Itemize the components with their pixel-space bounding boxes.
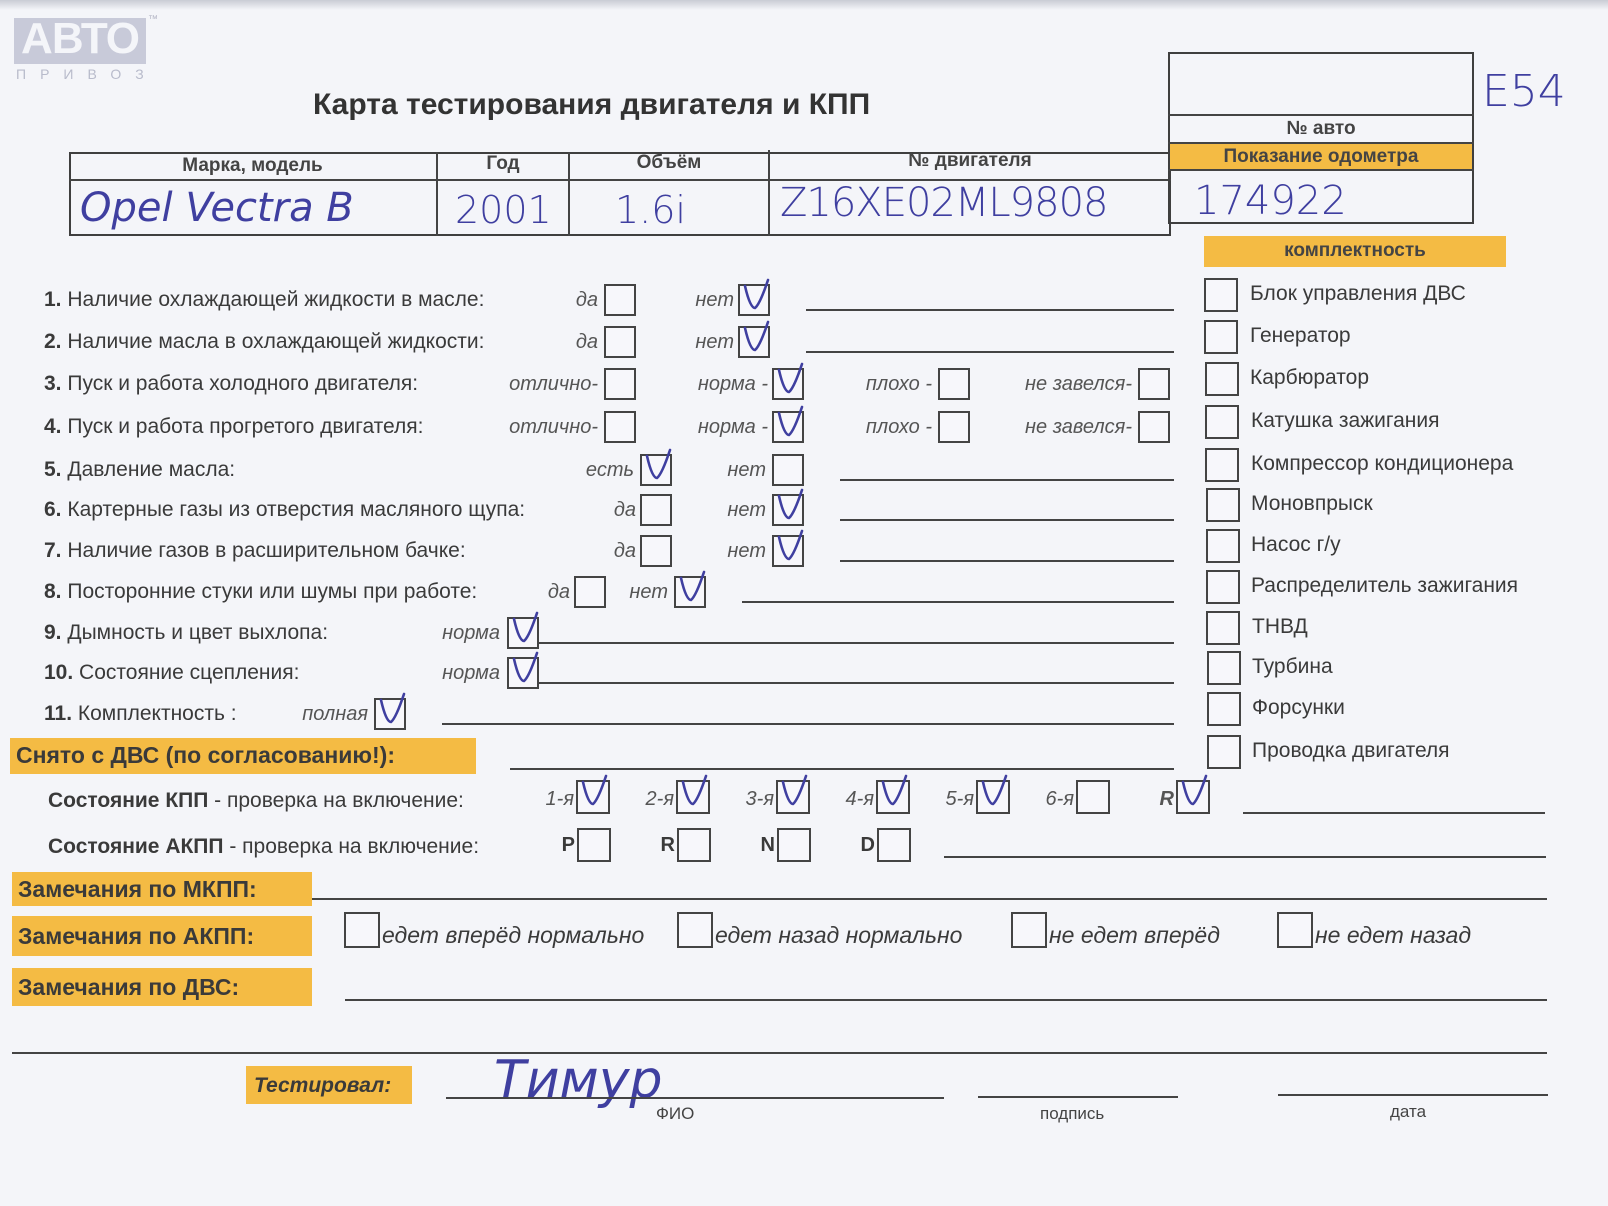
option-checkbox[interactable] <box>604 284 636 316</box>
check-item-number: 1. <box>44 288 62 311</box>
gear-label: P <box>562 834 575 857</box>
remarks-dvs-label: Замечания по ДВС: <box>12 968 312 1006</box>
checkmark-icon <box>680 774 708 810</box>
check-item-text: Наличие охлаждающей жидкости в масле: <box>62 288 485 311</box>
check-item-label: 4. Пуск и работа прогретого двигателя: <box>44 415 424 439</box>
checkmark-icon <box>378 692 406 728</box>
gear-label: 5-я <box>946 788 974 811</box>
check-item-text: Наличие газов в расширительном бачке: <box>62 539 466 562</box>
checkmark-icon <box>780 774 808 810</box>
comment-line[interactable] <box>538 642 1174 644</box>
option-checkbox[interactable] <box>1138 368 1170 400</box>
check-item-number: 10. <box>44 661 73 684</box>
option-label: полная <box>302 703 368 726</box>
check-item-label: 5. Давление масла: <box>44 458 235 482</box>
option-checkbox[interactable] <box>772 454 804 486</box>
checkmark-icon <box>742 278 770 314</box>
akpp-remark-label: не едет вперёд <box>1049 922 1220 949</box>
check-item-text: Дымность и цвет выхлопа: <box>62 621 329 644</box>
check-item-label: 6. Картерные газы из отверстия масляного… <box>44 498 525 522</box>
divider <box>1168 169 1474 171</box>
option-label: да <box>576 331 598 354</box>
kit-item-label: Генератор <box>1250 324 1351 348</box>
check-item-text: Давление масла: <box>62 458 236 481</box>
kit-checkbox[interactable] <box>1206 570 1240 604</box>
kit-item-label: ТНВД <box>1252 615 1308 639</box>
volume-field[interactable]: 1.6i <box>615 188 686 232</box>
kit-item-label: Блок управления ДВС <box>1250 282 1466 306</box>
checkmark-icon <box>580 774 608 810</box>
option-checkbox[interactable] <box>1138 411 1170 443</box>
akpp-remark-checkbox[interactable] <box>677 912 713 948</box>
kit-item-label: Компрессор кондиционера <box>1251 452 1513 476</box>
option-label: плохо - <box>866 373 932 396</box>
option-checkbox[interactable] <box>938 368 970 400</box>
check-item-label: 8. Посторонние стуки или шумы при работе… <box>44 580 477 604</box>
page-title: Карта тестирования двигателя и КПП <box>313 88 870 122</box>
gear-checkbox[interactable] <box>1076 780 1110 814</box>
remarks-dvs-line[interactable] <box>345 999 1547 1001</box>
option-checkbox[interactable] <box>640 535 672 567</box>
comment-line[interactable] <box>806 309 1174 311</box>
kit-checkbox[interactable] <box>1205 448 1239 482</box>
option-checkbox[interactable] <box>772 411 804 443</box>
check-item-text: Наличие масла в охлаждающей жидкости: <box>62 330 485 353</box>
date-line[interactable] <box>1278 1094 1548 1096</box>
akpp-remark-label: едет назад нормально <box>715 922 962 949</box>
checkmark-icon <box>980 774 1008 810</box>
signature-caption: подпись <box>1040 1104 1104 1124</box>
gear-checkbox[interactable] <box>777 828 811 862</box>
check-item-label: 9. Дымность и цвет выхлопа: <box>44 621 328 645</box>
option-checkbox[interactable] <box>604 368 636 400</box>
auto-gearbox-desc: - проверка на включение: <box>224 835 480 858</box>
check-item-number: 4. <box>44 415 62 438</box>
logo-tm: ™ <box>148 14 158 25</box>
tested-by-label: Тестировал: <box>254 1074 391 1098</box>
check-item-number: 6. <box>44 498 62 521</box>
header-car-no: № авто <box>1168 118 1474 140</box>
check-item-number: 9. <box>44 621 62 644</box>
checkmark-icon <box>776 405 804 441</box>
option-checkbox[interactable] <box>938 411 970 443</box>
option-label: плохо - <box>866 416 932 439</box>
kit-header: комплектность <box>1204 240 1506 262</box>
check-item-label: 11. Комплектность : <box>44 702 237 726</box>
akpp-remark-checkbox[interactable] <box>1277 912 1313 948</box>
akpp-remark-checkbox[interactable] <box>1011 912 1047 948</box>
remarks-extra-line[interactable] <box>12 1052 1547 1054</box>
signature-line[interactable] <box>978 1096 1178 1098</box>
check-item-number: 2. <box>44 330 62 353</box>
check-item-text: Посторонние стуки или шумы при работе: <box>62 580 478 603</box>
option-checkbox[interactable] <box>507 617 539 649</box>
option-checkbox[interactable] <box>640 494 672 526</box>
check-item-number: 3. <box>44 372 62 395</box>
kit-checkbox[interactable] <box>1207 692 1241 726</box>
kit-item-label: Карбюратор <box>1250 366 1369 390</box>
option-label: отлично- <box>509 416 598 439</box>
kit-item-label: Насос г/у <box>1251 533 1341 557</box>
page-edge-shadow <box>0 0 1608 10</box>
tester-name[interactable]: Тимур <box>494 1050 663 1110</box>
auto-gearbox-label: Состояние АКПП - проверка на включение: <box>48 835 479 859</box>
option-label: есть <box>586 459 634 482</box>
header-make-model: Марка, модель <box>69 155 436 177</box>
check-item-text: Состояние сцепления: <box>73 661 299 684</box>
check-item-label: 1. Наличие охлаждающей жидкости в масле: <box>44 288 484 312</box>
kit-checkbox[interactable] <box>1204 278 1238 312</box>
option-label: да <box>548 581 570 604</box>
akpp-remark-label: едет вперёд нормально <box>382 922 644 949</box>
removed-section-line[interactable] <box>510 768 1174 770</box>
kit-checkbox[interactable] <box>1207 735 1241 769</box>
check-item-number: 8. <box>44 580 62 603</box>
option-label: норма - <box>698 416 768 439</box>
gear-label: 3-я <box>746 788 774 811</box>
remarks-mkpp-label: Замечания по МКПП: <box>12 872 312 906</box>
check-item-label: 2. Наличие масла в охлаждающей жидкости: <box>44 330 484 354</box>
gear-label: 6-я <box>1046 788 1074 811</box>
option-label: нет <box>695 289 734 312</box>
akpp-remark-label: не едет назад <box>1315 922 1471 949</box>
gear-label: N <box>761 834 775 857</box>
option-label: норма <box>442 662 500 685</box>
checkmark-icon <box>776 488 804 524</box>
manual-gearbox-line[interactable] <box>1243 812 1545 814</box>
kit-checkbox[interactable] <box>1205 405 1239 439</box>
akpp-remark-checkbox[interactable] <box>344 912 380 948</box>
option-label: нет <box>629 581 668 604</box>
checkmark-icon <box>776 529 804 565</box>
gear-checkbox[interactable] <box>776 780 810 814</box>
logo-subtitle: ПРИВОЗ <box>16 66 158 82</box>
check-item-label: 7. Наличие газов в расширительном бачке: <box>44 539 466 563</box>
gear-label: R <box>661 834 675 857</box>
gear-checkbox[interactable] <box>577 828 611 862</box>
checkmark-icon <box>880 774 908 810</box>
option-label: норма <box>442 622 500 645</box>
gear-label: 1-я <box>546 788 574 811</box>
comment-line[interactable] <box>840 560 1174 562</box>
check-item-number: 7. <box>44 539 62 562</box>
manual-gearbox-label: Состояние КПП - проверка на включение: <box>48 789 464 813</box>
checkmark-icon <box>742 320 770 356</box>
corner-note: E54 <box>1482 66 1566 117</box>
comment-line[interactable] <box>806 351 1174 353</box>
option-label: нет <box>727 499 766 522</box>
option-label: норма - <box>698 373 768 396</box>
kit-item-label: Турбина <box>1252 655 1333 679</box>
name-line[interactable] <box>446 1097 944 1099</box>
option-checkbox[interactable] <box>738 326 770 358</box>
option-checkbox[interactable] <box>772 368 804 400</box>
gear-checkbox[interactable] <box>576 780 610 814</box>
check-item-text: Картерные газы из отверстия масляного щу… <box>62 498 526 521</box>
manual-gearbox-desc: - проверка на включение: <box>208 789 464 812</box>
year-field[interactable]: 2001 <box>455 188 552 232</box>
option-checkbox[interactable] <box>640 454 672 486</box>
option-checkbox[interactable] <box>604 326 636 358</box>
checkmark-icon <box>644 448 672 484</box>
comment-line[interactable] <box>840 479 1174 481</box>
option-label: да <box>576 289 598 312</box>
gear-checkbox[interactable] <box>877 828 911 862</box>
checkmark-icon <box>1180 774 1208 810</box>
check-item-text: Комплектность : <box>72 702 237 725</box>
checkmark-icon <box>776 362 804 398</box>
gear-label: D <box>861 834 875 857</box>
option-checkbox[interactable] <box>374 698 406 730</box>
kit-item-label: Катушка зажигания <box>1251 409 1439 433</box>
kit-item-label: Моновпрыск <box>1251 492 1373 516</box>
gear-label: 2-я <box>646 788 674 811</box>
checkmark-icon <box>511 611 539 647</box>
option-label: не завелся- <box>1025 373 1132 396</box>
kit-checkbox[interactable] <box>1206 529 1240 563</box>
header-volume: Объём <box>570 152 768 174</box>
gear-label: 4-я <box>846 788 874 811</box>
check-item-number: 5. <box>44 458 62 481</box>
check-item-number: 11. <box>44 702 72 725</box>
option-label: нет <box>727 540 766 563</box>
header-year: Год <box>438 153 568 175</box>
header-engine-no: № двигателя <box>770 150 1170 172</box>
option-checkbox[interactable] <box>507 657 539 689</box>
odometer-field[interactable]: 174922 <box>1194 178 1347 224</box>
removed-section-label: Снято с ДВС (по согласованию!): <box>10 738 476 774</box>
option-label: нет <box>727 459 766 482</box>
check-item-text: Пуск и работа прогретого двигателя: <box>62 415 424 438</box>
auto-gearbox-title: Состояние АКПП <box>48 835 224 858</box>
kit-checkbox[interactable] <box>1206 611 1240 645</box>
comment-line[interactable] <box>442 723 1174 725</box>
option-label: не завелся- <box>1025 416 1132 439</box>
remarks-mkpp-line[interactable] <box>312 898 1547 900</box>
option-label: да <box>614 540 636 563</box>
header-odometer: Показание одометра <box>1168 146 1474 168</box>
logo-brand: АВТО <box>14 14 146 64</box>
option-checkbox[interactable] <box>772 494 804 526</box>
gear-checkbox[interactable] <box>676 780 710 814</box>
check-item-text: Пуск и работа холодного двигателя: <box>62 372 419 395</box>
option-checkbox[interactable] <box>772 535 804 567</box>
kit-checkbox[interactable] <box>1206 488 1240 522</box>
check-item-label: 3. Пуск и работа холодного двигателя: <box>44 372 418 396</box>
option-checkbox[interactable] <box>738 284 770 316</box>
gear-checkbox[interactable] <box>976 780 1010 814</box>
option-checkbox[interactable] <box>604 411 636 443</box>
manual-gearbox-title: Состояние КПП <box>48 789 208 812</box>
auto-gearbox-line[interactable] <box>944 856 1546 858</box>
check-item-label: 10. Состояние сцепления: <box>44 661 299 685</box>
name-caption: ФИО <box>656 1104 694 1124</box>
remarks-akpp-label: Замечания по АКПП: <box>12 916 312 956</box>
kit-checkbox[interactable] <box>1207 651 1241 685</box>
comment-line[interactable] <box>840 519 1174 521</box>
kit-item-label: Форсунки <box>1252 696 1345 720</box>
option-label: нет <box>695 331 734 354</box>
option-checkbox[interactable] <box>674 576 706 608</box>
option-checkbox[interactable] <box>574 576 606 608</box>
kit-checkbox[interactable] <box>1204 320 1238 354</box>
checkmark-icon <box>511 651 539 687</box>
comment-line[interactable] <box>742 601 1174 603</box>
kit-item-label: Проводка двигателя <box>1252 739 1450 763</box>
option-label: отлично- <box>509 373 598 396</box>
make-model-field[interactable]: Opel Vectra B <box>80 185 354 231</box>
engine-no-field[interactable]: Z16XE02ML9808 <box>780 180 1107 226</box>
gear-checkbox[interactable] <box>1176 780 1210 814</box>
checkmark-icon <box>678 570 706 606</box>
comment-line[interactable] <box>538 682 1174 684</box>
gear-label: R <box>1160 788 1174 811</box>
gear-checkbox[interactable] <box>677 828 711 862</box>
kit-item-label: Распределитель зажигания <box>1251 574 1518 598</box>
option-label: да <box>614 499 636 522</box>
date-caption: дата <box>1390 1102 1426 1122</box>
kit-checkbox[interactable] <box>1205 362 1239 396</box>
gear-checkbox[interactable] <box>876 780 910 814</box>
